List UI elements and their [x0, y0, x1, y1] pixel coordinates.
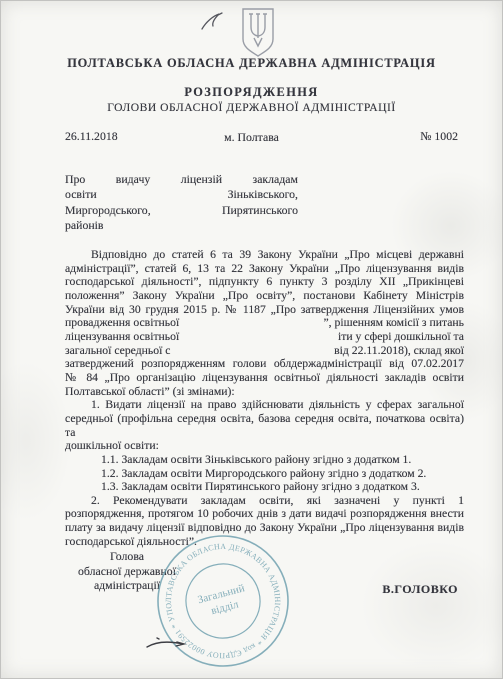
body-line: Полтавської області” (зі змінами): [65, 385, 464, 399]
body-line: України від 30 грудня 2015 р. № 1187 „Пр… [65, 303, 464, 317]
subject-line: Миргородського, Пирятинського [65, 203, 298, 218]
document-number: № 1002 [420, 129, 458, 144]
body-line: провадження освітньої”, рішенням комісії… [65, 316, 464, 330]
subject-line: Про видачу ліцензій закладам [65, 172, 298, 187]
body-line: 1.1. Закладам освіти Зіньківського район… [65, 453, 464, 467]
body-line: 1.3. Закладам освіти Пирятинського район… [65, 480, 464, 494]
document-subtitle: ГОЛОВИ ОБЛАСНОЇ ДЕРЖАВНОЇ АДМІНІСТРАЦІЇ [1, 101, 502, 114]
subject-block: Про видачу ліцензій закладамосвіти Зіньк… [65, 172, 298, 234]
handwritten-signature-mark [143, 635, 195, 653]
body-line: загальної середньої свід 22.11.2018), ск… [65, 344, 464, 358]
handwritten-check-mark [198, 11, 230, 37]
subject-line: районів [65, 218, 298, 233]
body-line: господарської діяльності”, підпункту 6 п… [65, 275, 464, 289]
body-line: адміністрації”, статей 6, 13 та 22 Закон… [65, 262, 464, 276]
organization-name: ПОЛТАВСЬКА ОБЛАСНА ДЕРЖАВНА АДМІНІСТРАЦІ… [1, 56, 502, 71]
body-line: ліцензування освітньоїіти у сфері дошкіл… [65, 330, 464, 344]
body-line-left: ліцензування освітньої [65, 330, 179, 344]
document-type-title: РОЗПОРЯДЖЕННЯ [1, 85, 502, 100]
body-text: Відповідно до статей 6 та 39 Закону Укра… [65, 248, 464, 548]
body-line: 1.2. Закладам освіти Миргородського райо… [65, 467, 464, 481]
body-line: положення” Закону України „Про освіту”, … [65, 289, 464, 303]
body-line-right: ”, рішенням комісії з питань [323, 316, 464, 330]
body-line-right: іти у сфері дошкільної та [338, 330, 464, 344]
subject-line: освіти Зіньківського, [65, 187, 298, 202]
body-line-left: загальної середньої с [65, 344, 170, 358]
scan-artifact [0, 361, 71, 521]
ukraine-trident-emblem-icon [235, 7, 281, 59]
body-line: дошкільної освіти: [65, 439, 464, 453]
body-line: розпорядження, протягом 10 робочих днів … [65, 507, 464, 521]
body-line: Відповідно до статей 6 та 39 Закону Укра… [65, 248, 464, 262]
body-line: 1. Видати ліцензії на право здійснювати … [65, 398, 464, 412]
scanned-document-page: ПОЛТАВСЬКА ОБЛАСНА ДЕРЖАВНА АДМІНІСТРАЦІ… [0, 0, 503, 679]
signer-name: В.ГОЛОВКО [382, 582, 458, 597]
body-line-right: від 22.11.2018), склад якої [334, 344, 464, 358]
body-line: № 84 „Про організацію ліцензування освіт… [65, 371, 464, 385]
stamp-inner-circle [178, 556, 269, 647]
body-line: 2. Рекомендувати закладам освіти, які за… [65, 494, 464, 508]
scan-artifact [361, 541, 503, 671]
body-line: середньої (профільна середня освіта, баз… [65, 412, 464, 439]
official-round-stamp: ПОЛТАВСЬКА ОБЛАСНА ДЕРЖАВНА АДМІНІСТРАЦІ… [143, 521, 303, 679]
body-line: затверджений розпорядженням голови облде… [65, 357, 464, 371]
body-line-left: провадження освітньої [65, 316, 179, 330]
